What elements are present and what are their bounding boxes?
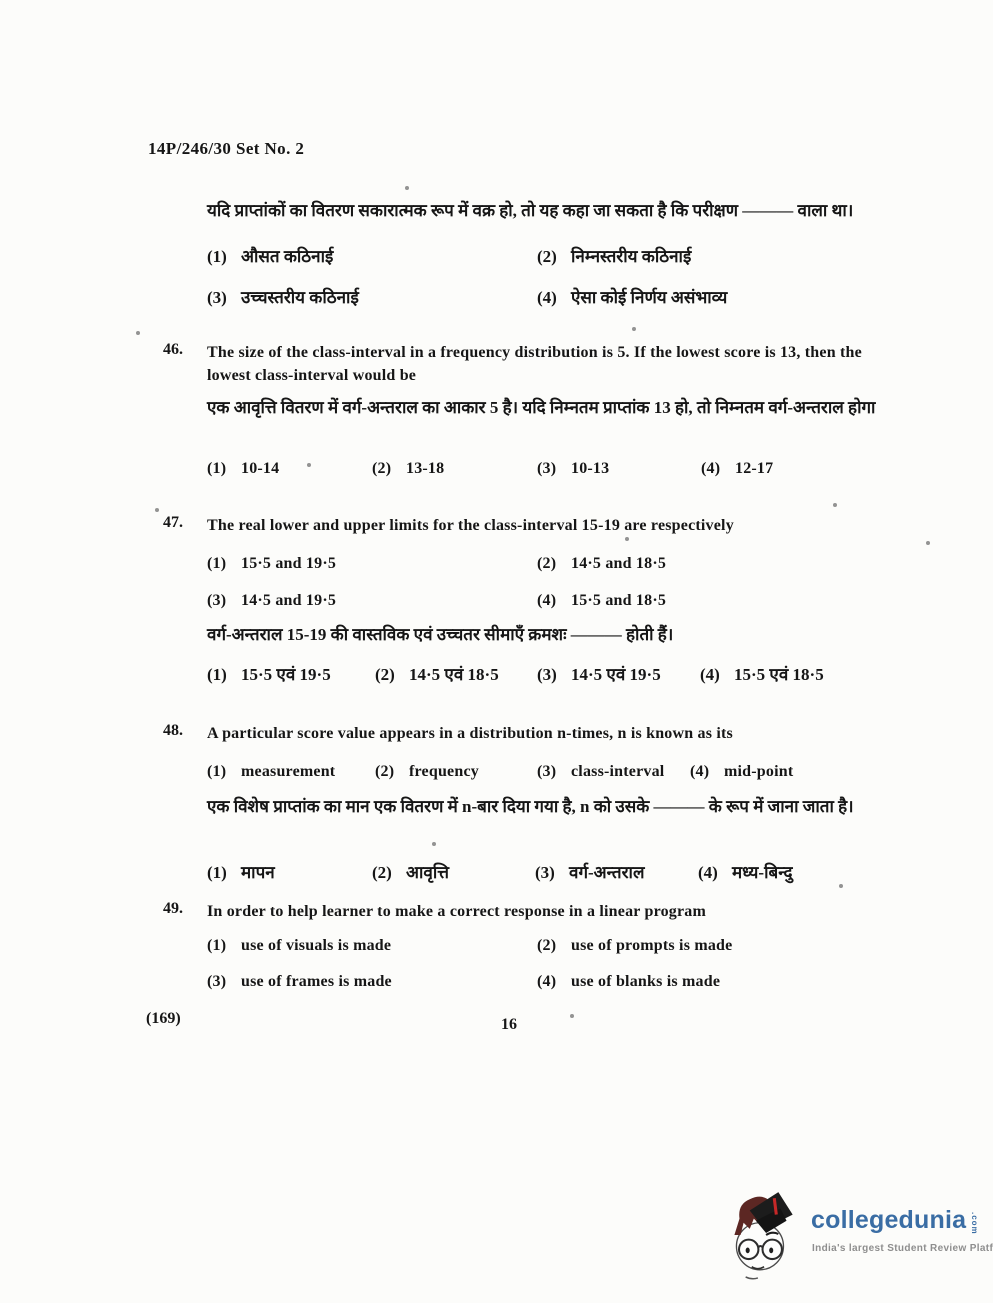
option-label: measurement bbox=[241, 760, 335, 783]
option-item: (3) 10-13 bbox=[537, 457, 701, 480]
option-label: use of frames is made bbox=[241, 970, 392, 993]
option-number: (2) bbox=[537, 552, 571, 575]
option-row: (1) मापन (2) आवृत्ति (3) वर्ग-अन्तराल (4… bbox=[207, 859, 792, 887]
option-row: (1) measurement (2) frequency (3) class-… bbox=[207, 760, 793, 783]
option-item: (4) मध्य-बिन्दु bbox=[698, 859, 792, 887]
option-item: (1) 15·5 एवं 19·5 bbox=[207, 661, 375, 689]
option-label: use of blanks is made bbox=[571, 970, 720, 993]
option-item: (2) frequency bbox=[375, 760, 537, 783]
scan-speck bbox=[432, 842, 436, 846]
option-number: (4) bbox=[537, 970, 571, 993]
scan-speck bbox=[632, 327, 636, 331]
intro-option-row-1: (1) औसत कठिनाई (2) निम्नस्तरीय कठिनाई bbox=[207, 243, 691, 271]
option-label: use of visuals is made bbox=[241, 934, 391, 957]
option-number: (3) bbox=[207, 284, 241, 312]
option-item: (4) 12-17 bbox=[701, 457, 773, 480]
option-label: use of prompts is made bbox=[571, 934, 732, 957]
option-number: (3) bbox=[537, 457, 571, 480]
question-text-english: The size of the class-interval in a freq… bbox=[207, 341, 895, 387]
booklet-number: (169) bbox=[146, 1010, 181, 1028]
brand-tld: .com bbox=[970, 1212, 979, 1235]
option-row: (1) 15·5 and 19·5 (2) 14·5 and 18·5 bbox=[207, 552, 666, 575]
option-row: (1) 15·5 एवं 19·5 (2) 14·5 एवं 18·5 (3) … bbox=[207, 661, 824, 689]
paper-code: 14P/246/30 Set No. 2 bbox=[148, 139, 304, 159]
option-row: (3) 14·5 and 19·5 (4) 15·5 and 18·5 bbox=[207, 589, 666, 612]
option-label: उच्चस्तरीय कठिनाई bbox=[241, 284, 359, 312]
option-number: (4) bbox=[701, 457, 735, 480]
brand-name: collegedunia bbox=[811, 1206, 966, 1235]
option-number: (3) bbox=[535, 859, 569, 887]
option-item: (2) use of prompts is made bbox=[537, 934, 732, 957]
option-number: (2) bbox=[375, 760, 409, 783]
intro-question-hindi-text: यदि प्राप्तांकों का वितरण सकारात्मक रूप … bbox=[207, 197, 853, 225]
option-row: (1) 10-14 (2) 13-18 (3) 10-13 (4) 12-17 bbox=[207, 457, 773, 480]
intro-option-row-2: (3) उच्चस्तरीय कठिनाई (4) ऐसा कोई निर्णय… bbox=[207, 284, 727, 312]
option-label: 14·5 and 18·5 bbox=[571, 552, 666, 575]
option-item: (2) आवृत्ति bbox=[372, 859, 535, 887]
option-item: (4) 15·5 and 18·5 bbox=[537, 589, 666, 612]
option-number: (4) bbox=[537, 589, 571, 612]
option-item: (3) class-interval bbox=[537, 760, 690, 783]
question-text-hindi: वर्ग-अन्तराल 15-19 की वास्तविक एवं उच्चत… bbox=[207, 621, 673, 649]
exam-paper-page: 14P/246/30 Set No. 2 यदि प्राप्तांकों का… bbox=[0, 0, 993, 1303]
option-number: (3) bbox=[207, 589, 241, 612]
option-item: (2) 14·5 and 18·5 bbox=[537, 552, 666, 575]
option-label: निम्नस्तरीय कठिनाई bbox=[571, 243, 691, 271]
option-label: 12-17 bbox=[735, 457, 773, 480]
option-number: (1) bbox=[207, 552, 241, 575]
option-item: (3) वर्ग-अन्तराल bbox=[535, 859, 698, 887]
question-number: 49. bbox=[163, 900, 183, 918]
option-label: 14·5 एवं 18·5 bbox=[409, 661, 499, 689]
option-number: (2) bbox=[372, 859, 406, 887]
question-text-english: A particular score value appears in a di… bbox=[207, 722, 733, 745]
option-item: (2) 13-18 bbox=[372, 457, 537, 480]
option-item: (3) 14·5 and 19·5 bbox=[207, 589, 537, 612]
scan-speck bbox=[307, 463, 311, 467]
option-number: (3) bbox=[537, 661, 571, 689]
option-number: (2) bbox=[537, 243, 571, 271]
option-label: मापन bbox=[241, 859, 275, 887]
option-item: (3) उच्चस्तरीय कठिनाई bbox=[207, 284, 537, 312]
option-number: (2) bbox=[375, 661, 409, 689]
page-number: 16 bbox=[501, 1016, 517, 1034]
option-number: (4) bbox=[698, 859, 732, 887]
option-label: class-interval bbox=[571, 760, 664, 783]
option-label: 15·5 एवं 19·5 bbox=[241, 661, 331, 689]
option-number: (1) bbox=[207, 760, 241, 783]
collegedunia-logo: collegedunia .com India's largest Studen… bbox=[727, 1186, 993, 1290]
option-number: (3) bbox=[207, 970, 241, 993]
option-label: 15·5 एवं 18·5 bbox=[734, 661, 824, 689]
option-label: mid-point bbox=[724, 760, 793, 783]
option-label: 13-18 bbox=[406, 457, 444, 480]
question-number: 46. bbox=[163, 341, 183, 359]
option-item: (3) 14·5 एवं 19·5 bbox=[537, 661, 700, 689]
scan-speck bbox=[405, 186, 409, 190]
option-number: (1) bbox=[207, 859, 241, 887]
option-number: (2) bbox=[537, 934, 571, 957]
scan-speck bbox=[136, 331, 140, 335]
collegedunia-mascot-icon bbox=[729, 1188, 795, 1280]
option-item: (4) ऐसा कोई निर्णय असंभाव्य bbox=[537, 284, 727, 312]
option-label: आवृत्ति bbox=[406, 859, 449, 887]
option-label: ऐसा कोई निर्णय असंभाव्य bbox=[571, 284, 727, 312]
option-item: (1) 10-14 bbox=[207, 457, 372, 480]
option-number: (1) bbox=[207, 243, 241, 271]
scan-speck bbox=[833, 503, 837, 507]
scan-speck bbox=[839, 884, 843, 888]
question-number: 47. bbox=[163, 514, 183, 532]
option-item: (1) मापन bbox=[207, 859, 372, 887]
option-label: वर्ग-अन्तराल bbox=[569, 859, 644, 887]
question-text-hindi: एक आवृत्ति वितरण में वर्ग-अन्तराल का आका… bbox=[207, 394, 899, 422]
option-label: मध्य-बिन्दु bbox=[732, 859, 792, 887]
option-item: (1) औसत कठिनाई bbox=[207, 243, 537, 271]
option-number: (4) bbox=[690, 760, 724, 783]
option-label: औसत कठिनाई bbox=[241, 243, 333, 271]
option-item: (1) use of visuals is made bbox=[207, 934, 537, 957]
option-item: (4) 15·5 एवं 18·5 bbox=[700, 661, 824, 689]
question-text-hindi: एक विशेष प्राप्तांक का मान एक वितरण में … bbox=[207, 793, 907, 821]
option-number: (4) bbox=[700, 661, 734, 689]
option-item: (2) निम्नस्तरीय कठिनाई bbox=[537, 243, 691, 271]
option-item: (4) mid-point bbox=[690, 760, 793, 783]
option-item: (3) use of frames is made bbox=[207, 970, 537, 993]
option-item: (1) measurement bbox=[207, 760, 375, 783]
option-label: 10-14 bbox=[241, 457, 279, 480]
option-number: (3) bbox=[537, 760, 571, 783]
option-label: 15·5 and 18·5 bbox=[571, 589, 666, 612]
option-item: (4) use of blanks is made bbox=[537, 970, 720, 993]
question-number: 48. bbox=[163, 722, 183, 740]
scan-speck bbox=[155, 508, 159, 512]
option-number: (4) bbox=[537, 284, 571, 312]
option-label: 14·5 and 19·5 bbox=[241, 589, 336, 612]
question-text-english: In order to help learner to make a corre… bbox=[207, 900, 706, 923]
option-number: (1) bbox=[207, 661, 241, 689]
scan-speck bbox=[570, 1014, 574, 1018]
option-row: (1) use of visuals is made (2) use of pr… bbox=[207, 934, 732, 957]
brand-tagline: India's largest Student Review Platform bbox=[812, 1243, 993, 1254]
option-number: (1) bbox=[207, 457, 241, 480]
option-row: (3) use of frames is made (4) use of bla… bbox=[207, 970, 720, 993]
scan-speck bbox=[926, 541, 930, 545]
option-item: (1) 15·5 and 19·5 bbox=[207, 552, 537, 575]
scan-speck bbox=[625, 537, 629, 541]
option-number: (2) bbox=[372, 457, 406, 480]
option-number: (1) bbox=[207, 934, 241, 957]
option-label: 14·5 एवं 19·5 bbox=[571, 661, 661, 689]
question-text-english: The real lower and upper limits for the … bbox=[207, 514, 734, 537]
option-label: 10-13 bbox=[571, 457, 609, 480]
option-label: frequency bbox=[409, 760, 479, 783]
option-label: 15·5 and 19·5 bbox=[241, 552, 336, 575]
option-item: (2) 14·5 एवं 18·5 bbox=[375, 661, 537, 689]
